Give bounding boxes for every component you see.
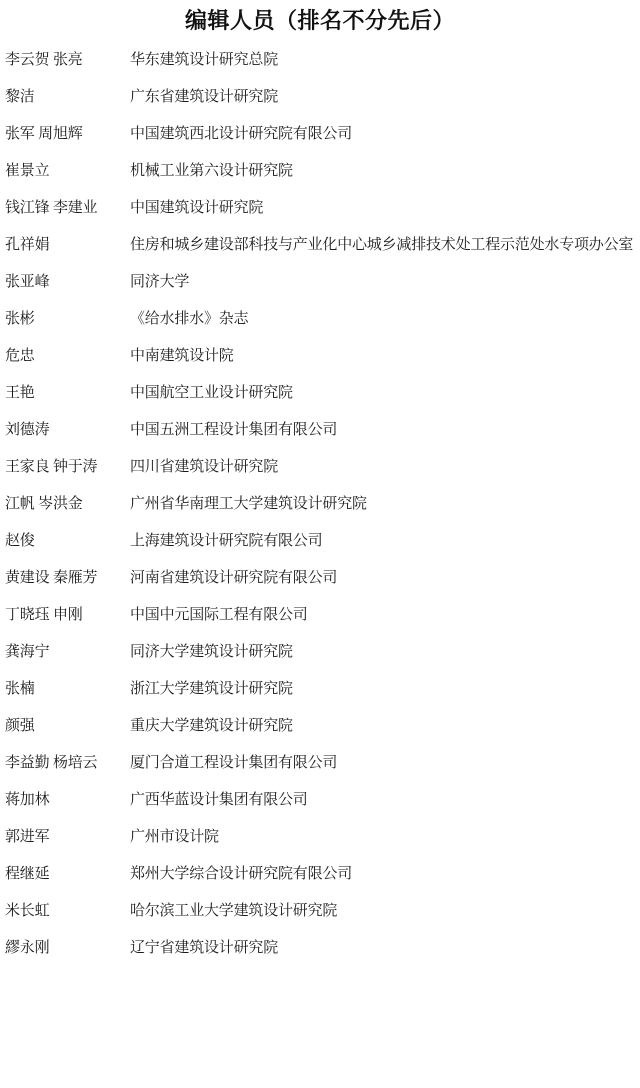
editor-row: 郭进军 广州市设计院 [5,829,638,866]
editor-row: 张亚峰 同济大学 [5,274,638,311]
editor-names: 米长虹 [5,903,130,920]
editor-names: 龚海宁 [5,644,130,661]
editor-names: 张亚峰 [5,274,130,291]
editor-row: 王家良 钟于涛 四川省建筑设计研究院 [5,459,638,496]
editor-organization: 广东省建筑设计研究院 [130,89,638,106]
editor-row: 繆永刚 辽宁省建筑设计研究院 [5,940,638,977]
editor-organization: 中国建筑设计研究院 [130,200,638,217]
editor-row: 龚海宁 同济大学建筑设计研究院 [5,644,638,681]
editor-names: 蒋加林 [5,792,130,809]
editor-organization: 中国建筑西北设计研究院有限公司 [130,126,638,143]
editor-names: 颜强 [5,718,130,735]
editor-names: 钱江锋 李建业 [5,200,130,217]
editor-organization: 上海建筑设计研究院有限公司 [130,533,638,550]
editor-organization: 河南省建筑设计研究院有限公司 [130,570,638,587]
editor-organization: 广西华蓝设计集团有限公司 [130,792,638,809]
editor-row: 赵俊 上海建筑设计研究院有限公司 [5,533,638,570]
editor-row: 程继延 郑州大学综合设计研究院有限公司 [5,866,638,903]
editor-names: 刘德涛 [5,422,130,439]
editor-row: 蒋加林 广西华蓝设计集团有限公司 [5,792,638,829]
editor-organization: 四川省建筑设计研究院 [130,459,638,476]
editor-row: 颜强 重庆大学建筑设计研究院 [5,718,638,755]
editor-row: 王艳 中国航空工业设计研究院 [5,385,638,422]
editor-organization: 中南建筑设计院 [130,348,638,365]
editor-list: 李云贺 张亮 华东建筑设计研究总院 黎洁 广东省建筑设计研究院 张军 周旭辉 中… [0,52,640,977]
editor-organization: 中国中元国际工程有限公司 [130,607,638,624]
editor-organization: 华东建筑设计研究总院 [130,52,638,69]
editor-names: 危忠 [5,348,130,365]
document-page: 编辑人员（排名不分先后） 李云贺 张亮 华东建筑设计研究总院 黎洁 广东省建筑设… [0,8,640,1088]
editor-names: 程继延 [5,866,130,883]
editor-row: 孔祥娟 住房和城乡建设部科技与产业化中心城乡减排技术处工程示范处水专项办公室 [5,237,638,274]
editor-row: 丁晓珏 申刚 中国中元国际工程有限公司 [5,607,638,644]
editor-row: 黄建设 秦雁芳 河南省建筑设计研究院有限公司 [5,570,638,607]
editor-organization: 郑州大学综合设计研究院有限公司 [130,866,638,883]
editor-organization: 同济大学 [130,274,638,291]
editor-organization: 重庆大学建筑设计研究院 [130,718,638,735]
page-title: 编辑人员（排名不分先后） [0,8,640,34]
editor-names: 孔祥娟 [5,237,130,254]
editor-names: 崔景立 [5,163,130,180]
editor-row: 刘德涛 中国五洲工程设计集团有限公司 [5,422,638,459]
editor-organization: 同济大学建筑设计研究院 [130,644,638,661]
editor-row: 李益勤 杨培云 厦门合道工程设计集团有限公司 [5,755,638,792]
editor-row: 张楠 浙江大学建筑设计研究院 [5,681,638,718]
editor-organization: 广州省华南理工大学建筑设计研究院 [130,496,638,513]
editor-row: 危忠 中南建筑设计院 [5,348,638,385]
editor-row: 李云贺 张亮 华东建筑设计研究总院 [5,52,638,89]
editor-row: 米长虹 哈尔滨工业大学建筑设计研究院 [5,903,638,940]
editor-names: 黎洁 [5,89,130,106]
editor-names: 郭进军 [5,829,130,846]
editor-row: 钱江锋 李建业 中国建筑设计研究院 [5,200,638,237]
editor-names: 李云贺 张亮 [5,52,130,69]
editor-organization: 中国五洲工程设计集团有限公司 [130,422,638,439]
editor-names: 张军 周旭辉 [5,126,130,143]
editor-organization: 住房和城乡建设部科技与产业化中心城乡减排技术处工程示范处水专项办公室 [130,237,638,254]
editor-names: 张楠 [5,681,130,698]
editor-names: 黄建设 秦雁芳 [5,570,130,587]
editor-names: 王艳 [5,385,130,402]
editor-row: 张军 周旭辉 中国建筑西北设计研究院有限公司 [5,126,638,163]
editor-row: 崔景立 机械工业第六设计研究院 [5,163,638,200]
editor-organization: 《给水排水》杂志 [130,311,638,328]
editor-organization: 广州市设计院 [130,829,638,846]
editor-organization: 浙江大学建筑设计研究院 [130,681,638,698]
editor-organization: 厦门合道工程设计集团有限公司 [130,755,638,772]
editor-organization: 中国航空工业设计研究院 [130,385,638,402]
editor-names: 繆永刚 [5,940,130,957]
editor-organization: 辽宁省建筑设计研究院 [130,940,638,957]
editor-row: 黎洁 广东省建筑设计研究院 [5,89,638,126]
editor-names: 张彬 [5,311,130,328]
editor-names: 赵俊 [5,533,130,550]
editor-names: 江帆 岑洪金 [5,496,130,513]
editor-organization: 哈尔滨工业大学建筑设计研究院 [130,903,638,920]
editor-names: 王家良 钟于涛 [5,459,130,476]
editor-organization: 机械工业第六设计研究院 [130,163,638,180]
editor-names: 李益勤 杨培云 [5,755,130,772]
editor-row: 江帆 岑洪金 广州省华南理工大学建筑设计研究院 [5,496,638,533]
editor-names: 丁晓珏 申刚 [5,607,130,624]
editor-row: 张彬 《给水排水》杂志 [5,311,638,348]
